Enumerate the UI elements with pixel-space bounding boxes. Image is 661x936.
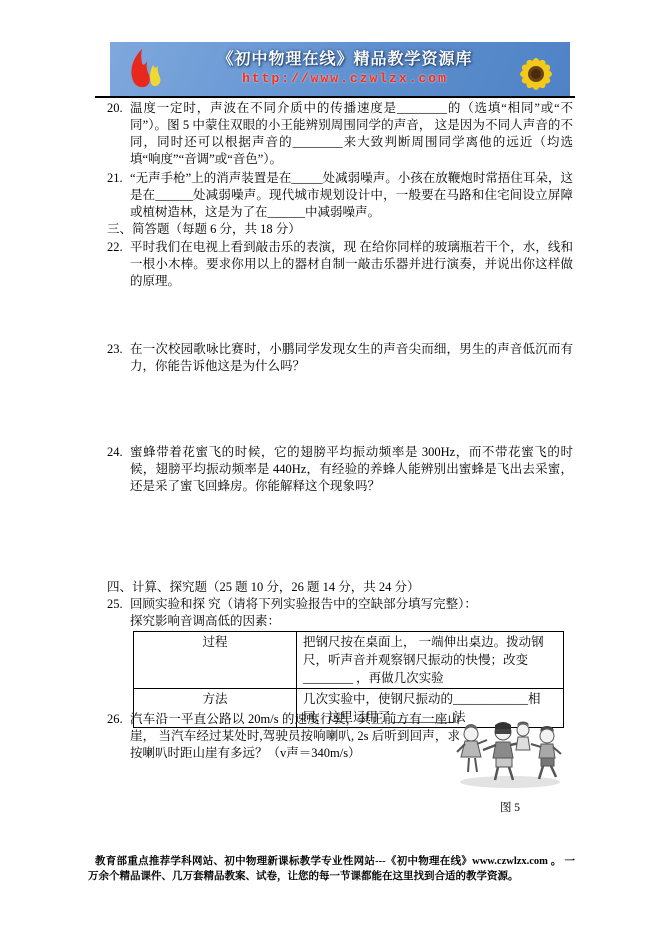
section-4-heading: 四、计算、探究题（25 题 10 分，26 题 14 分，共 24 分） [107, 579, 567, 596]
question-22-text: 平时我们在电视上看到敲击乐的表演，现 在给你同样的玻璃瓶若干个，水，线和一根小木… [130, 239, 573, 290]
question-21-number: 21. [107, 170, 123, 187]
question-23-text: 在一次校园歌咏比赛时，小鹏同学发现女生的声音尖而细，男生的声音低沉而有力，你能告… [130, 341, 573, 375]
question-23: 23. 在一次校园歌咏比赛时，小鹏同学发现女生的声音尖而细，男生的声音低沉而有力… [95, 341, 573, 375]
document-page: { "banner": { "title": "《初中物理在线》精品教学资源库"… [0, 0, 661, 936]
site-banner: 《初中物理在线》精品教学资源库 http://www.czwlzx.com [110, 42, 570, 96]
question-25-number: 25. [107, 596, 123, 613]
question-25: 25. 回顾实验和探 究（请将下列实验报告中的空缺部分填写完整）： 探究影响音调… [95, 596, 573, 630]
question-24: 24. 蜜蜂带着花蜜飞的时候，它的翅膀平均振动频率是 300Hz，而不带花蜜飞的… [95, 444, 573, 495]
site-logo-icon [120, 47, 170, 96]
table-label-process: 过程 [134, 632, 297, 689]
banner-url: http://www.czwlzx.com [195, 71, 495, 86]
banner-title: 《初中物理在线》精品教学资源库 [195, 46, 495, 69]
question-20: 20. 温度一定时，声波在不同介质中的传播速度是________的（选填“相同”… [95, 100, 573, 168]
table-content-process: 把钢尺按在桌面上， 一端伸出桌边。拨动钢尺，听声音并观察钢尺振动的快慢；改变__… [297, 632, 564, 689]
question-24-text: 蜜蜂带着花蜜飞的时候，它的翅膀平均振动频率是 300Hz，而不带花蜜飞的时候，翅… [130, 444, 573, 495]
figure-5: 图 5 [453, 720, 567, 815]
children-playing-illustration [455, 720, 565, 790]
question-20-number: 20. [107, 100, 123, 117]
question-22-number: 22. [107, 239, 123, 256]
section-3-heading: 三、简答题（每题 6 分，共 18 分） [107, 221, 567, 238]
table-row-process: 过程 把钢尺按在桌面上， 一端伸出桌边。拨动钢尺，听声音并观察钢尺振动的快慢；改… [134, 632, 564, 689]
question-25-text: 回顾实验和探 究（请将下列实验报告中的空缺部分填写完整）： [130, 596, 573, 613]
sunflower-icon [510, 50, 568, 96]
question-23-number: 23. [107, 341, 123, 358]
question-24-number: 24. [107, 444, 123, 461]
footer-promo-text: 教育部重点推荐学科网站、初中物理新课标教学专业性网站---《初中物理在线》www… [88, 855, 575, 884]
figure-5-caption: 图 5 [453, 799, 567, 815]
question-20-text: 温度一定时，声波在不同介质中的传播速度是________的（选填“相同”或“不同… [130, 100, 573, 168]
question-21-text: “无声手枪”上的消声装置是在_____处减弱噪声。小孩在放鞭炮时常捂住耳朵，这是… [130, 170, 573, 221]
question-26-text: 汽车沿一平直公路以 20m/s 的速度行驶，其正前方有一座山崖， 当汽车经过某处… [130, 711, 460, 762]
question-25-subtitle: 探究影响音调高低的因素： [130, 613, 573, 630]
header-divider [95, 96, 575, 98]
question-22: 22. 平时我们在电视上看到敲击乐的表演，现 在给你同样的玻璃瓶若干个，水，线和… [95, 239, 573, 290]
question-21: 21. “无声手枪”上的消声装置是在_____处减弱噪声。小孩在放鞭炮时常捂住耳… [95, 170, 573, 221]
question-26-number: 26. [107, 711, 123, 728]
